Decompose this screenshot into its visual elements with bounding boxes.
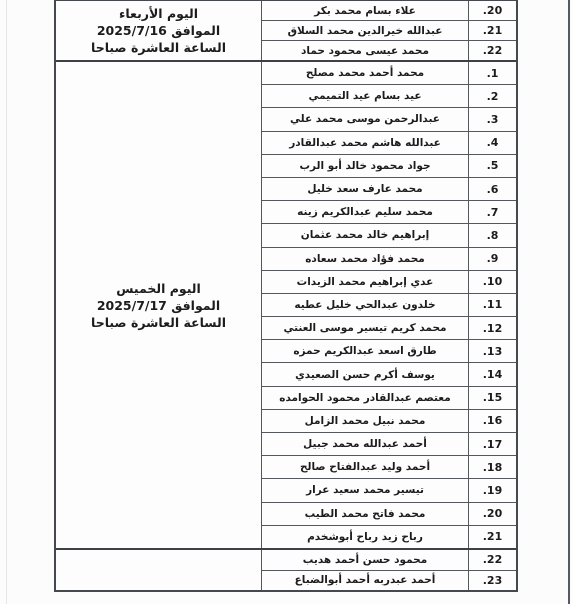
table-row: محمد أحمد محمد مصلح.1 <box>262 62 516 84</box>
name-cell: محمد سليم عبدالكريم زينه <box>262 201 468 223</box>
date-cell-thursday: اليوم الخميس الموافق 2025/7/17 الساعة ال… <box>56 62 261 548</box>
table-row: خلدون عبدالحي خليل عطيه.11 <box>262 293 516 316</box>
name-cell: محمد عيسى محمود حماد <box>262 41 468 60</box>
name-cell: أحمد عبدالله محمد جبيل <box>262 433 468 455</box>
row-number: .8 <box>468 224 516 246</box>
row-number: .21 <box>468 526 516 548</box>
row-number: .20 <box>468 503 516 525</box>
table-row: محمد عارف سعد خليل.6 <box>262 177 516 200</box>
name-cell: جواد محمود خالد أبو الرب <box>262 155 468 177</box>
name-cell: عبدالله خيرالدين محمد السلاق <box>262 21 468 40</box>
table-row: عبدالرحمن موسى محمد علي.3 <box>262 107 516 130</box>
name-cell: محمد نبيل محمد الزامل <box>262 410 468 432</box>
name-cell: عبدالله هاشم محمد عبدالقادر <box>262 132 468 154</box>
row-number: .13 <box>468 340 516 362</box>
table-row: علاء بسام محمد بكر.20 <box>262 1 516 20</box>
table-row: تيسير محمد سعيد عرار.19 <box>262 478 516 501</box>
row-number: .22 <box>468 550 516 570</box>
table-row: محمد نبيل محمد الزامل.16 <box>262 409 516 432</box>
day-date: الموافق 2025/7/16 <box>97 22 220 39</box>
table-row: أحمد عبدالله محمد جبيل.17 <box>262 432 516 455</box>
page-right-edge <box>568 0 570 604</box>
name-cell: معتصم عبدالقادر محمود الحوامده <box>262 387 468 409</box>
table-row: طارق اسعد عبدالكريم حمزه.13 <box>262 339 516 362</box>
row-number: .10 <box>468 271 516 293</box>
day-date: الموافق 2025/7/17 <box>97 297 220 314</box>
day-name: اليوم الخميس <box>116 280 201 297</box>
row-number: .20 <box>468 1 516 20</box>
row-number: .3 <box>468 108 516 130</box>
row-number: .12 <box>468 317 516 339</box>
scanned-page: اليوم الأربعاء الموافق 2025/7/16 الساعة … <box>0 0 573 604</box>
table-row: رباح زيد رباح أبوشخدم.21 <box>262 525 516 548</box>
name-cell: عبدالرحمن موسى محمد علي <box>262 108 468 130</box>
row-number: .9 <box>468 248 516 270</box>
name-cell: محمود حسن أحمد هديب <box>262 550 468 570</box>
table-row: أحمد عبدربه أحمد أبوالضباع.23 <box>262 570 516 591</box>
date-cell-wednesday: اليوم الأربعاء الموافق 2025/7/16 الساعة … <box>56 1 261 60</box>
schedule-section-continuation: محمود حسن أحمد هديب.22أحمد عبدربه أحمد أ… <box>56 548 516 590</box>
row-number: .4 <box>468 132 516 154</box>
schedule-section-thursday: اليوم الخميس الموافق 2025/7/17 الساعة ال… <box>56 60 516 548</box>
day-time: الساعة العاشرة صباحا <box>91 39 226 56</box>
row-number: .21 <box>468 21 516 40</box>
name-cell: محمد عارف سعد خليل <box>262 178 468 200</box>
row-number: .1 <box>468 62 516 84</box>
schedule-section-wednesday: اليوم الأربعاء الموافق 2025/7/16 الساعة … <box>56 1 516 60</box>
table-row: محمود حسن أحمد هديب.22 <box>262 550 516 570</box>
table-row: يوسف أكرم حسن الصعيدي.14 <box>262 362 516 385</box>
table-row: محمد عيسى محمود حماد.22 <box>262 40 516 60</box>
table-row: محمد فاتح محمد الطيب.20 <box>262 502 516 525</box>
name-cell: رباح زيد رباح أبوشخدم <box>262 526 468 548</box>
row-number: .18 <box>468 456 516 478</box>
table-row: محمد كريم تيسير موسى العنتي.12 <box>262 316 516 339</box>
name-cell: علاء بسام محمد بكر <box>262 1 468 20</box>
row-number: .2 <box>468 85 516 107</box>
name-cell: إبراهيم خالد محمد عثمان <box>262 224 468 246</box>
name-rows: علاء بسام محمد بكر.20عبدالله خيرالدين مح… <box>261 1 516 60</box>
table-row: عدي إبراهيم محمد الزيدات.10 <box>262 270 516 293</box>
table-row: عبدالله خيرالدين محمد السلاق.21 <box>262 20 516 40</box>
name-cell: أحمد وليد عبدالفتاح صالح <box>262 456 468 478</box>
table-row: عبدالله هاشم محمد عبدالقادر.4 <box>262 131 516 154</box>
name-rows: محمود حسن أحمد هديب.22أحمد عبدربه أحمد أ… <box>261 550 516 590</box>
schedule-table: اليوم الأربعاء الموافق 2025/7/16 الساعة … <box>54 0 518 592</box>
name-cell: عيد بسام عيد التميمي <box>262 85 468 107</box>
row-number: .16 <box>468 410 516 432</box>
name-cell: أحمد عبدربه أحمد أبوالضباع <box>262 571 468 591</box>
name-cell: عدي إبراهيم محمد الزيدات <box>262 271 468 293</box>
row-number: .5 <box>468 155 516 177</box>
name-cell: يوسف أكرم حسن الصعيدي <box>262 363 468 385</box>
name-cell: طارق اسعد عبدالكريم حمزه <box>262 340 468 362</box>
row-number: .14 <box>468 363 516 385</box>
date-cell-empty <box>56 550 261 590</box>
row-number: .11 <box>468 294 516 316</box>
table-row: عيد بسام عيد التميمي.2 <box>262 84 516 107</box>
name-cell: محمد أحمد محمد مصلح <box>262 62 468 84</box>
table-row: محمد فؤاد محمد سعاده.9 <box>262 247 516 270</box>
name-rows: محمد أحمد محمد مصلح.1عيد بسام عيد التميم… <box>261 62 516 548</box>
row-number: .15 <box>468 387 516 409</box>
day-name: اليوم الأربعاء <box>119 5 198 22</box>
table-row: أحمد وليد عبدالفتاح صالح.18 <box>262 455 516 478</box>
table-row: جواد محمود خالد أبو الرب.5 <box>262 154 516 177</box>
table-row: إبراهيم خالد محمد عثمان.8 <box>262 223 516 246</box>
row-number: .19 <box>468 479 516 501</box>
name-cell: محمد فؤاد محمد سعاده <box>262 248 468 270</box>
page-left-edge <box>6 0 7 604</box>
name-cell: تيسير محمد سعيد عرار <box>262 479 468 501</box>
row-number: .22 <box>468 41 516 60</box>
table-row: محمد سليم عبدالكريم زينه.7 <box>262 200 516 223</box>
row-number: .7 <box>468 201 516 223</box>
table-row: معتصم عبدالقادر محمود الحوامده.15 <box>262 386 516 409</box>
row-number: .23 <box>468 571 516 591</box>
name-cell: خلدون عبدالحي خليل عطيه <box>262 294 468 316</box>
row-number: .6 <box>468 178 516 200</box>
name-cell: محمد كريم تيسير موسى العنتي <box>262 317 468 339</box>
name-cell: محمد فاتح محمد الطيب <box>262 503 468 525</box>
row-number: .17 <box>468 433 516 455</box>
day-time: الساعة العاشرة صباحا <box>91 314 226 331</box>
